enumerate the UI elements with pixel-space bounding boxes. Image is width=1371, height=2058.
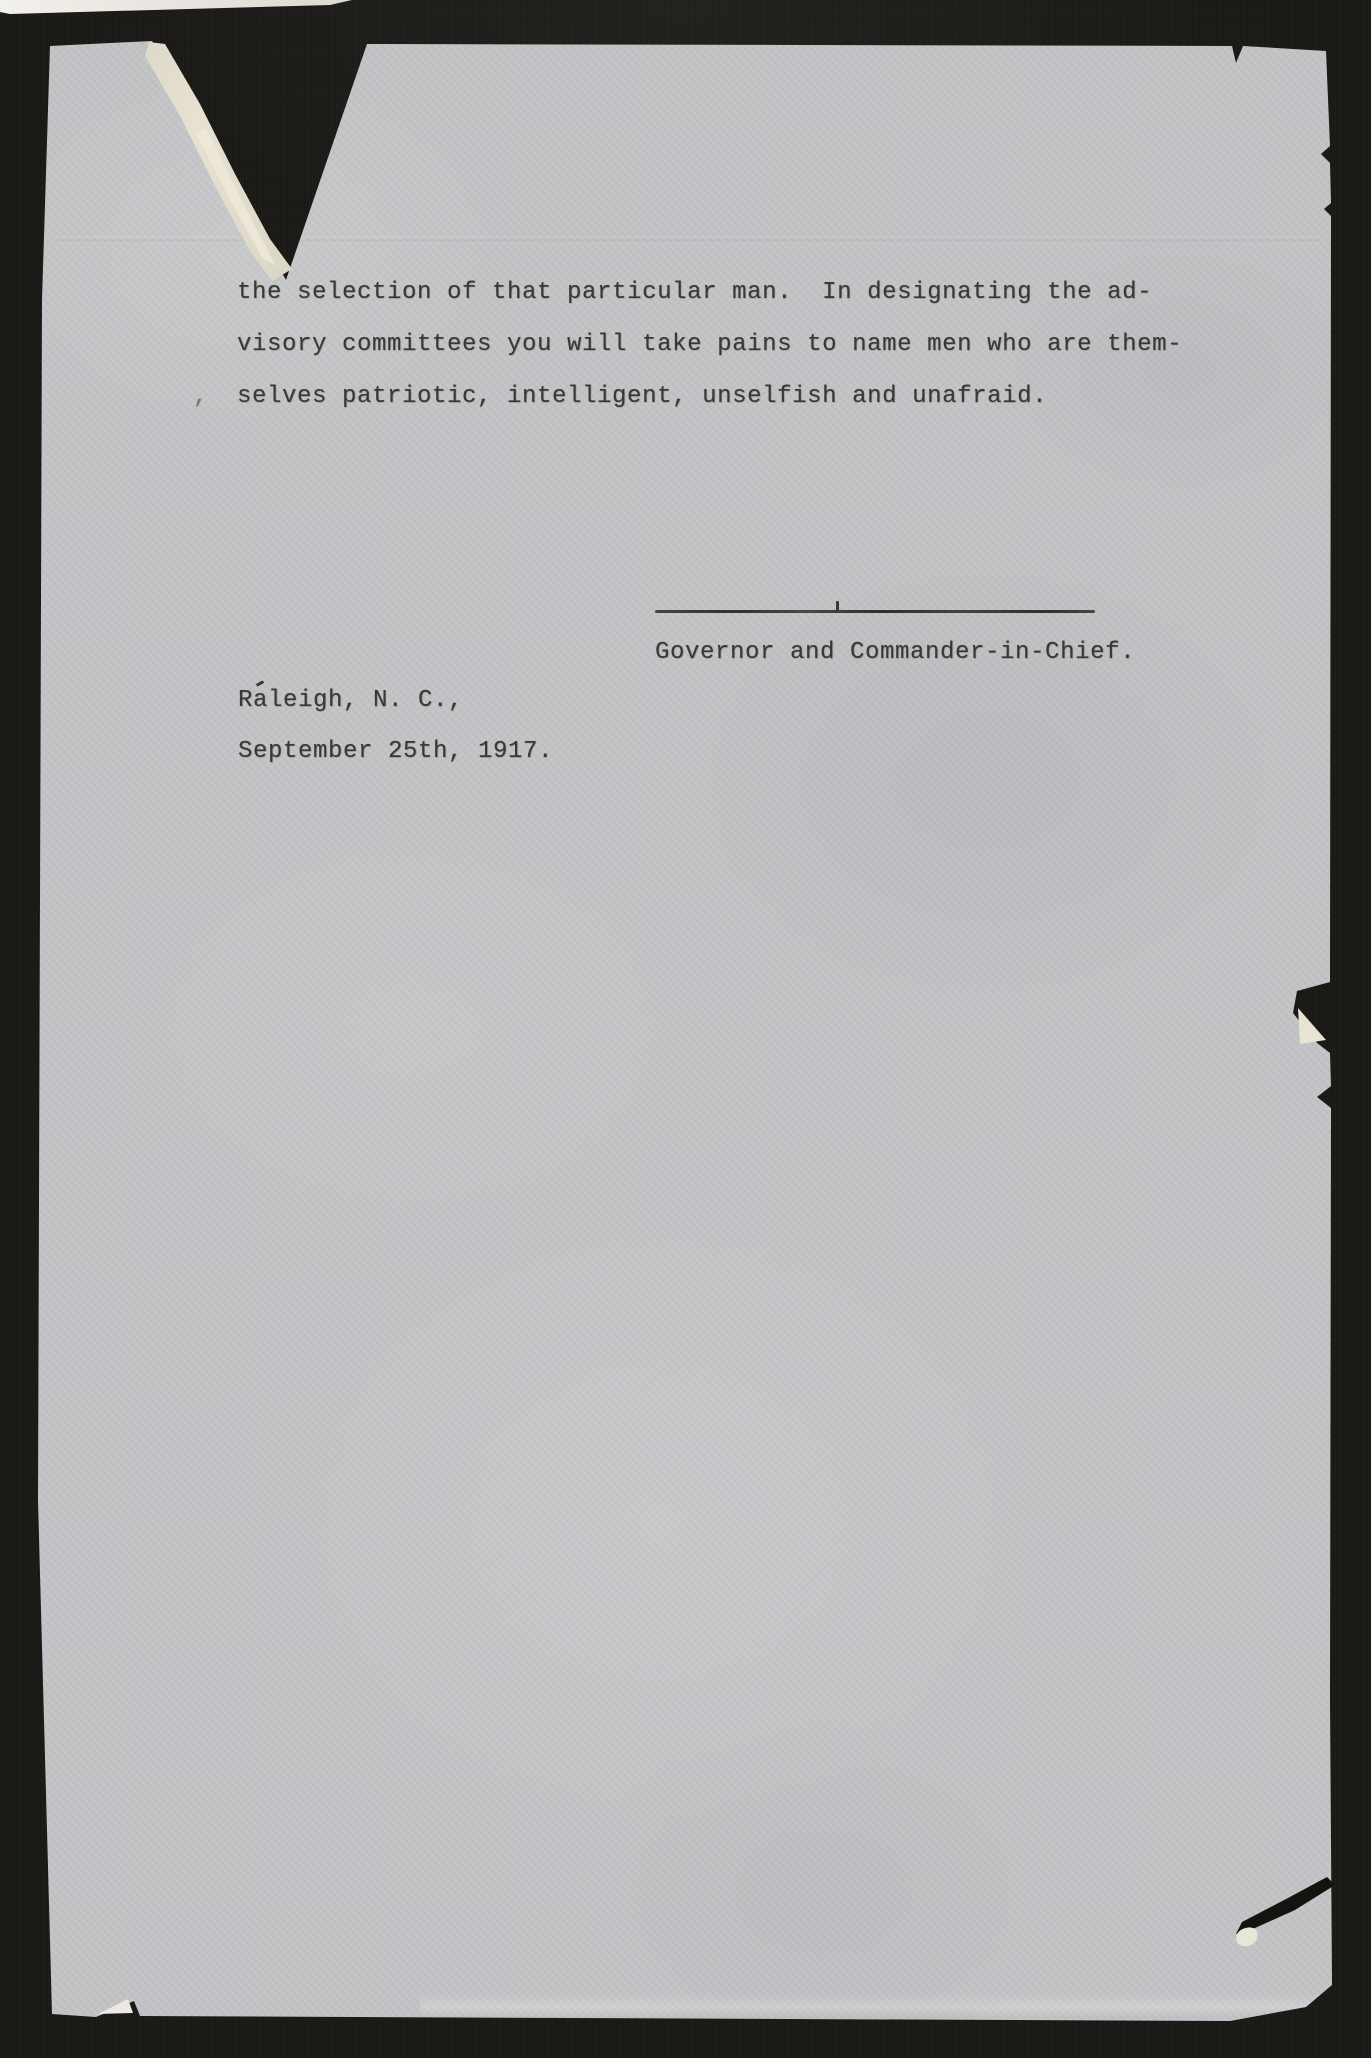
dateline-date: September 25th, 1917. xyxy=(238,737,553,767)
paper-sheet: the selection of that particular man. In… xyxy=(0,0,1371,2058)
typed-line: the selection of that particular man. In… xyxy=(237,278,1152,308)
typed-line: visory committees you will take pains to… xyxy=(237,330,1182,360)
margin-comma-artifact: , xyxy=(193,382,208,412)
signature-line-tick xyxy=(836,601,839,612)
scanned-document-page: the selection of that particular man. In… xyxy=(0,0,1371,2058)
dateline-place: Raleigh, N. C., xyxy=(238,686,463,716)
adjacent-sheet-sliver xyxy=(0,0,360,18)
typed-line: selves patriotic, intelligent, unselfish… xyxy=(237,382,1047,412)
signature-line xyxy=(655,610,1095,613)
bottom-fold-highlight xyxy=(420,1994,1320,2018)
signature-title: Governor and Commander-in-Chief. xyxy=(655,638,1135,668)
